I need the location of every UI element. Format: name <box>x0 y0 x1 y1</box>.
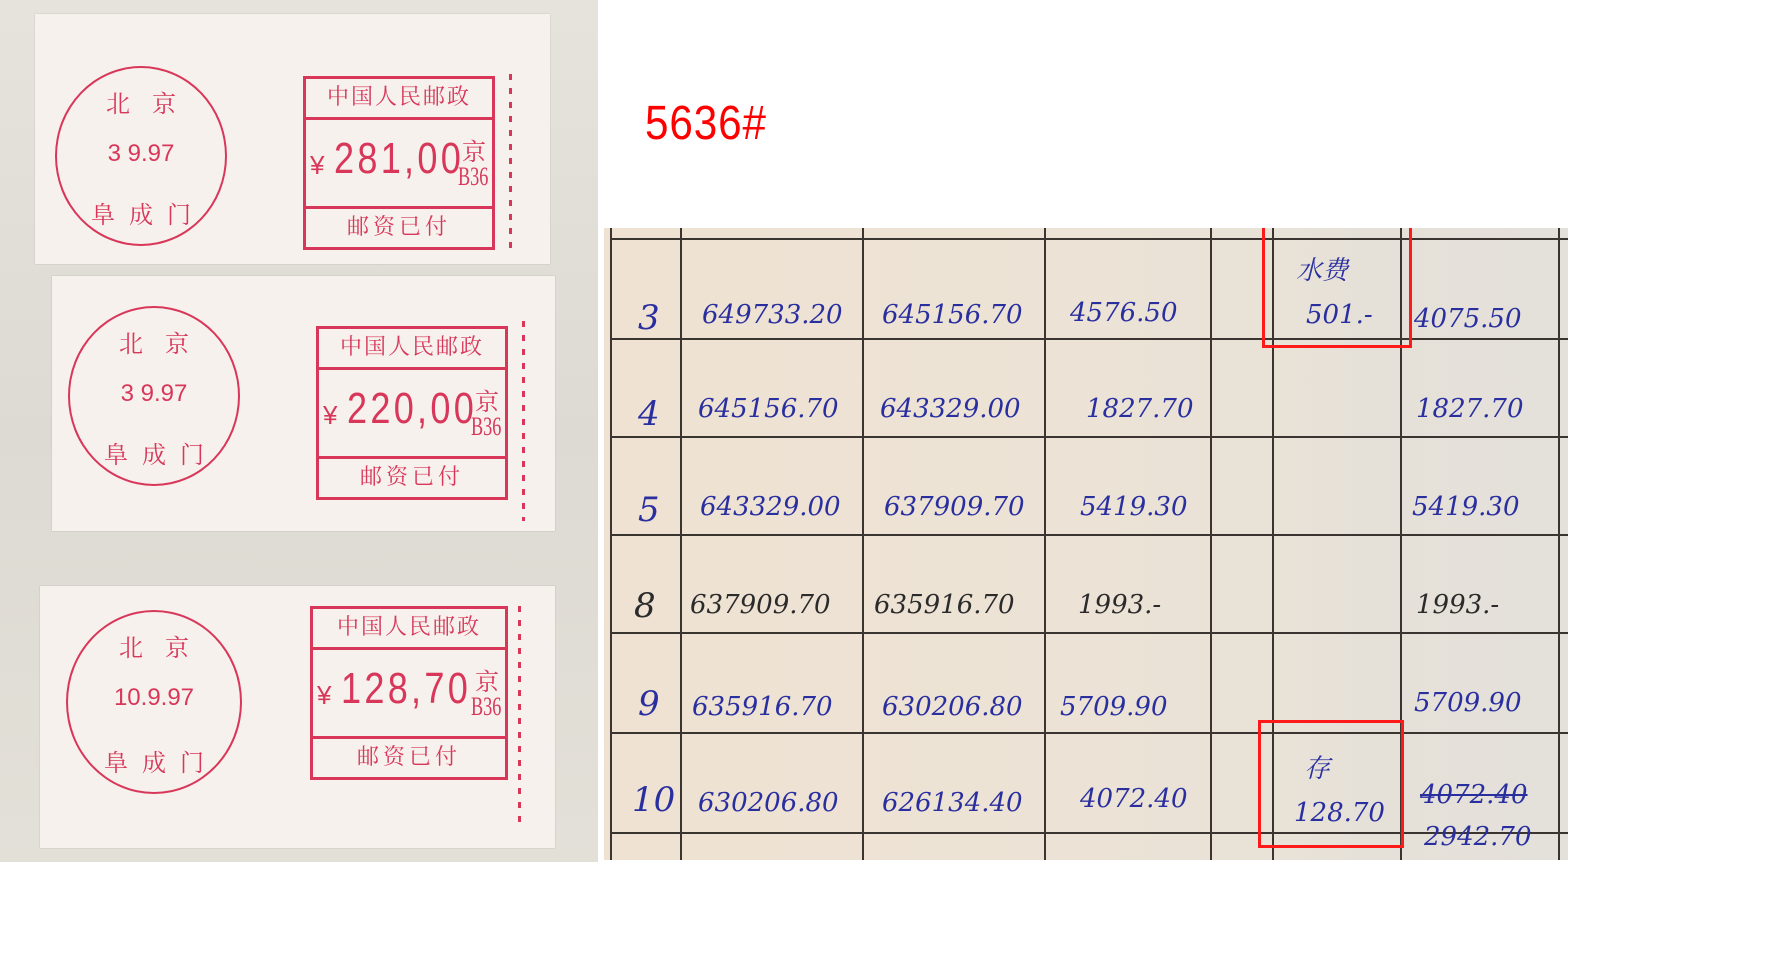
ledger-opening: 643329.00 <box>700 492 841 522</box>
ledger-used: 1827.70 <box>1086 394 1194 424</box>
ledger-day: 4 <box>638 394 660 434</box>
ledger-closing: 645156.70 <box>882 300 1023 330</box>
ledger-day: 8 <box>634 586 656 626</box>
meter-edge-marks <box>518 606 521 826</box>
ledger-closing: 637909.70 <box>884 492 1025 522</box>
ledger-used: 1993.- <box>1078 590 1161 620</box>
postmark-city: 北京 <box>70 324 238 359</box>
postage-amount: 281,00 <box>334 134 464 184</box>
meter-stamps-scan: 北京 3 9.97 阜成门 中国人民邮政 ¥ 281,00 京 B36 邮资已付… <box>0 0 598 862</box>
ledger-closing: 630206.80 <box>882 692 1023 722</box>
currency-symbol: ¥ <box>310 150 324 181</box>
postmark-office: 阜成门 <box>57 195 225 230</box>
ledger-used: 5419.30 <box>1080 492 1188 522</box>
postmark-2: 北京 3 9.97 阜成门 <box>68 306 240 486</box>
meter-edge-marks <box>509 74 512 254</box>
ledger-used: 4576.50 <box>1070 298 1178 328</box>
postage-amount: 220,00 <box>347 384 477 434</box>
ledger-closing: 643329.00 <box>880 394 1021 424</box>
ledger-day: 5 <box>638 490 660 530</box>
stamp-cutout-3: 北京 10.9.97 阜成门 中国人民邮政 ¥ 128,70 京 B36 邮资已… <box>40 586 555 848</box>
ledger-opening: 637909.70 <box>690 590 831 620</box>
ledger-rule <box>610 632 1568 634</box>
meter-code: B36 <box>458 162 488 192</box>
ledger-rule <box>1210 228 1212 860</box>
ledger-rule <box>610 534 1568 536</box>
ledger-closing: 635916.70 <box>874 590 1015 620</box>
ledger-rule <box>610 338 1568 340</box>
currency-symbol: ¥ <box>317 680 331 711</box>
ledger-total: 1827.70 <box>1416 394 1524 424</box>
currency-symbol: ¥ <box>323 400 337 431</box>
ledger-total-corrected: 2942.70 <box>1424 822 1532 852</box>
stamp-cutout-2: 北京 3 9.97 阜成门 中国人民邮政 ¥ 220,00 京 B36 邮资已付 <box>52 276 555 531</box>
ledger-scan: 3 649733.20 645156.70 4576.50 水费 501.- 4… <box>604 228 1568 860</box>
ledger-total: 1993.- <box>1416 590 1499 620</box>
meter-mark-3: 中国人民邮政 ¥ 128,70 京 B36 邮资已付 <box>310 606 508 780</box>
meter-code: B36 <box>471 692 501 722</box>
ledger-total: 5709.90 <box>1414 688 1522 718</box>
ledger-opening: 630206.80 <box>698 788 839 818</box>
postmark-date: 3 9.97 <box>70 380 238 408</box>
ledger-opening: 649733.20 <box>702 300 843 330</box>
postmark-date: 10.9.97 <box>68 684 240 712</box>
meter-footer: 邮资已付 <box>306 206 492 247</box>
ledger-rule <box>1558 228 1560 860</box>
postmark-city: 北京 <box>68 628 240 663</box>
ledger-total-struck: 4072.40 <box>1420 780 1528 810</box>
meter-header: 中国人民邮政 <box>306 79 492 120</box>
ledger-day: 10 <box>632 780 675 820</box>
meter-footer: 邮资已付 <box>319 456 505 497</box>
postmark-date: 3 9.97 <box>57 140 225 168</box>
ledger-rule <box>610 732 1568 734</box>
ledger-total: 5419.30 <box>1412 492 1520 522</box>
postmark-office: 阜成门 <box>68 743 240 778</box>
postmark-1: 北京 3 9.97 阜成门 <box>55 66 227 246</box>
postmark-3: 北京 10.9.97 阜成门 <box>66 610 242 794</box>
meter-header: 中国人民邮政 <box>319 329 505 370</box>
ledger-rule <box>610 436 1568 438</box>
postmark-city: 北京 <box>57 84 225 119</box>
ledger-rule <box>862 228 864 860</box>
postmark-office: 阜成门 <box>70 435 238 470</box>
ledger-day: 3 <box>638 298 660 338</box>
meter-edge-marks <box>522 321 525 521</box>
ledger-used: 4072.40 <box>1080 784 1188 814</box>
meter-footer: 邮资已付 <box>313 736 505 777</box>
ledger-day: 9 <box>638 684 660 724</box>
ledger-opening: 645156.70 <box>698 394 839 424</box>
ledger-rule <box>680 228 682 860</box>
ledger-opening: 635916.70 <box>692 692 833 722</box>
meter-mark-2: 中国人民邮政 ¥ 220,00 京 B36 邮资已付 <box>316 326 508 500</box>
meter-mark-1: 中国人民邮政 ¥ 281,00 京 B36 邮资已付 <box>303 76 495 250</box>
highlight-box-postage <box>1258 720 1404 848</box>
postage-amount: 128,70 <box>341 664 471 714</box>
meter-code: B36 <box>471 412 501 442</box>
ledger-rule <box>610 228 612 860</box>
ledger-total: 4075.50 <box>1414 304 1522 334</box>
highlight-box-water-fee <box>1262 228 1412 348</box>
stamp-cutout-1: 北京 3 9.97 阜成门 中国人民邮政 ¥ 281,00 京 B36 邮资已付 <box>35 14 550 264</box>
ledger-used: 5709.90 <box>1060 692 1168 722</box>
ledger-rule <box>1044 228 1046 860</box>
ledger-closing: 626134.40 <box>882 788 1023 818</box>
ledger-rule <box>610 238 1568 240</box>
meter-header: 中国人民邮政 <box>313 609 505 650</box>
reference-number: 5636# <box>645 96 767 151</box>
